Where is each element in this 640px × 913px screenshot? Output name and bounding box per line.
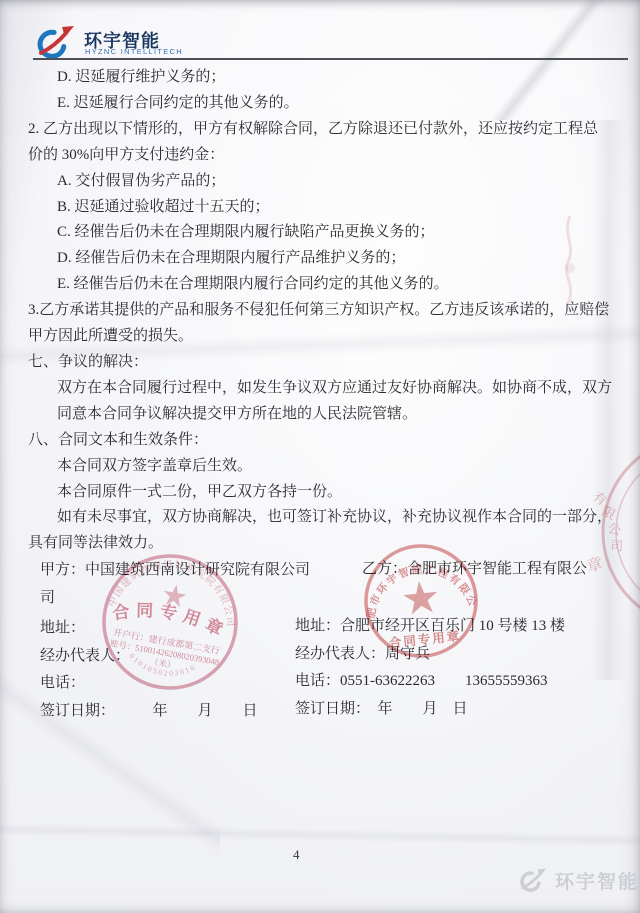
- seal-star-icon: [162, 583, 188, 608]
- paper-crease: [0, 640, 220, 860]
- doc-line: 2. 乙方出现以下情形的，甲方有权解除合同，乙方除退还已付款外，还应按约定工程总: [28, 117, 628, 143]
- brand-swoosh-icon: [33, 24, 81, 60]
- party-b-agent: 经办代表人：周守兵: [295, 642, 430, 663]
- brand-name-en: HYZNC INTELLITECH: [85, 47, 183, 56]
- doc-body: D. 迟延履行维护义务的；E. 迟延履行合同约定的其他义务的。2. 乙方出现以下…: [28, 65, 628, 557]
- doc-line: 八、合同文本和生效条件：: [28, 428, 628, 454]
- seal-star-icon: [402, 579, 439, 615]
- watermark-swoosh-icon: [517, 866, 551, 894]
- paper-crease: [0, 800, 640, 870]
- party-a-name-wrap: 司: [40, 586, 55, 607]
- party-a-name: 甲方：中国建筑西南设计研究院有限公司: [40, 558, 310, 579]
- doc-line: 价的 30%向甲方支付违约金：: [28, 143, 628, 169]
- seal-a-serial: 0101050203016: [125, 651, 199, 683]
- svg-text:0101050203016: 0101050203016: [125, 651, 199, 683]
- doc-line: C. 经催告后仍未在合理期限内履行缺陷产品更换义务的；: [28, 220, 628, 246]
- doc-line: 同意本合同争议解决提交甲方所在地的人民法院管辖。: [28, 402, 628, 428]
- doc-line: 本合同双方签字盖章后生效。: [28, 454, 628, 480]
- page-number: 4: [293, 847, 300, 863]
- party-b-phone: 电话：0551-63622263 13655559363: [295, 669, 548, 690]
- doc-line: E. 迟延履行合同约定的其他义务的。: [28, 91, 628, 117]
- party-b-sign-date: 签订日期： 年 月 日: [295, 697, 468, 718]
- doc-line: 如有未尽事宜，双方协商解决，也可签订补充协议，补充协议视作本合同的一部分，: [28, 505, 628, 531]
- party-b-address: 地址：合肥市经开区百乐门 10 号楼 13 楼: [295, 614, 565, 635]
- doc-line: 具有同等法律效力。: [28, 531, 628, 557]
- party-a-phone: 电话：: [40, 671, 85, 692]
- doc-line: D. 经催告后仍未在合理期限内履行产品维护义务的；: [28, 246, 628, 272]
- doc-line: 本合同原件一式二份，甲乙双方各持一份。: [28, 480, 628, 506]
- party-a-sign-date: 签订日期： 年 月 日: [40, 699, 258, 720]
- scanned-contract-page: 环宇智能 HYZNC INTELLITECH D. 迟延履行维护义务的；E. 迟…: [0, 0, 640, 913]
- seal-a-center-mark: （米）: [149, 656, 176, 670]
- doc-line: 3.乙方承诺其提供的产品和服务不侵犯任何第三方知识产权。乙方违反该承诺的，应赔偿: [28, 298, 628, 324]
- doc-line: B. 迟延通过验收超过十五天的；: [28, 195, 628, 221]
- doc-line: 甲方因此所遭受的损失。: [28, 324, 628, 350]
- header-rule: [33, 58, 628, 60]
- party-a-agent: 经办代表人：: [40, 644, 130, 665]
- doc-line: 双方在本合同履行过程中，如发生争议双方应通过友好协商解决。如协商不成，双方: [28, 376, 628, 402]
- footer-watermark: 环宇智能: [517, 866, 639, 894]
- doc-line: D. 迟延履行维护义务的；: [28, 65, 628, 91]
- doc-line: E. 经催告后仍未在合理期限内履行合同约定的其他义务的。: [28, 272, 628, 298]
- doc-line: A. 交付假冒伪劣产品的；: [28, 169, 628, 195]
- svg-text:合同专用章: 合同专用章: [108, 592, 234, 643]
- party-a-address: 地址：: [40, 616, 85, 637]
- doc-line: 七、争议的解决：: [28, 350, 628, 376]
- seal-a-title: 合同专用章: [108, 592, 234, 643]
- party-b-name: 乙方：合肥市环宇智能工程有限公: [362, 557, 587, 578]
- watermark-text: 环宇智能: [555, 867, 639, 894]
